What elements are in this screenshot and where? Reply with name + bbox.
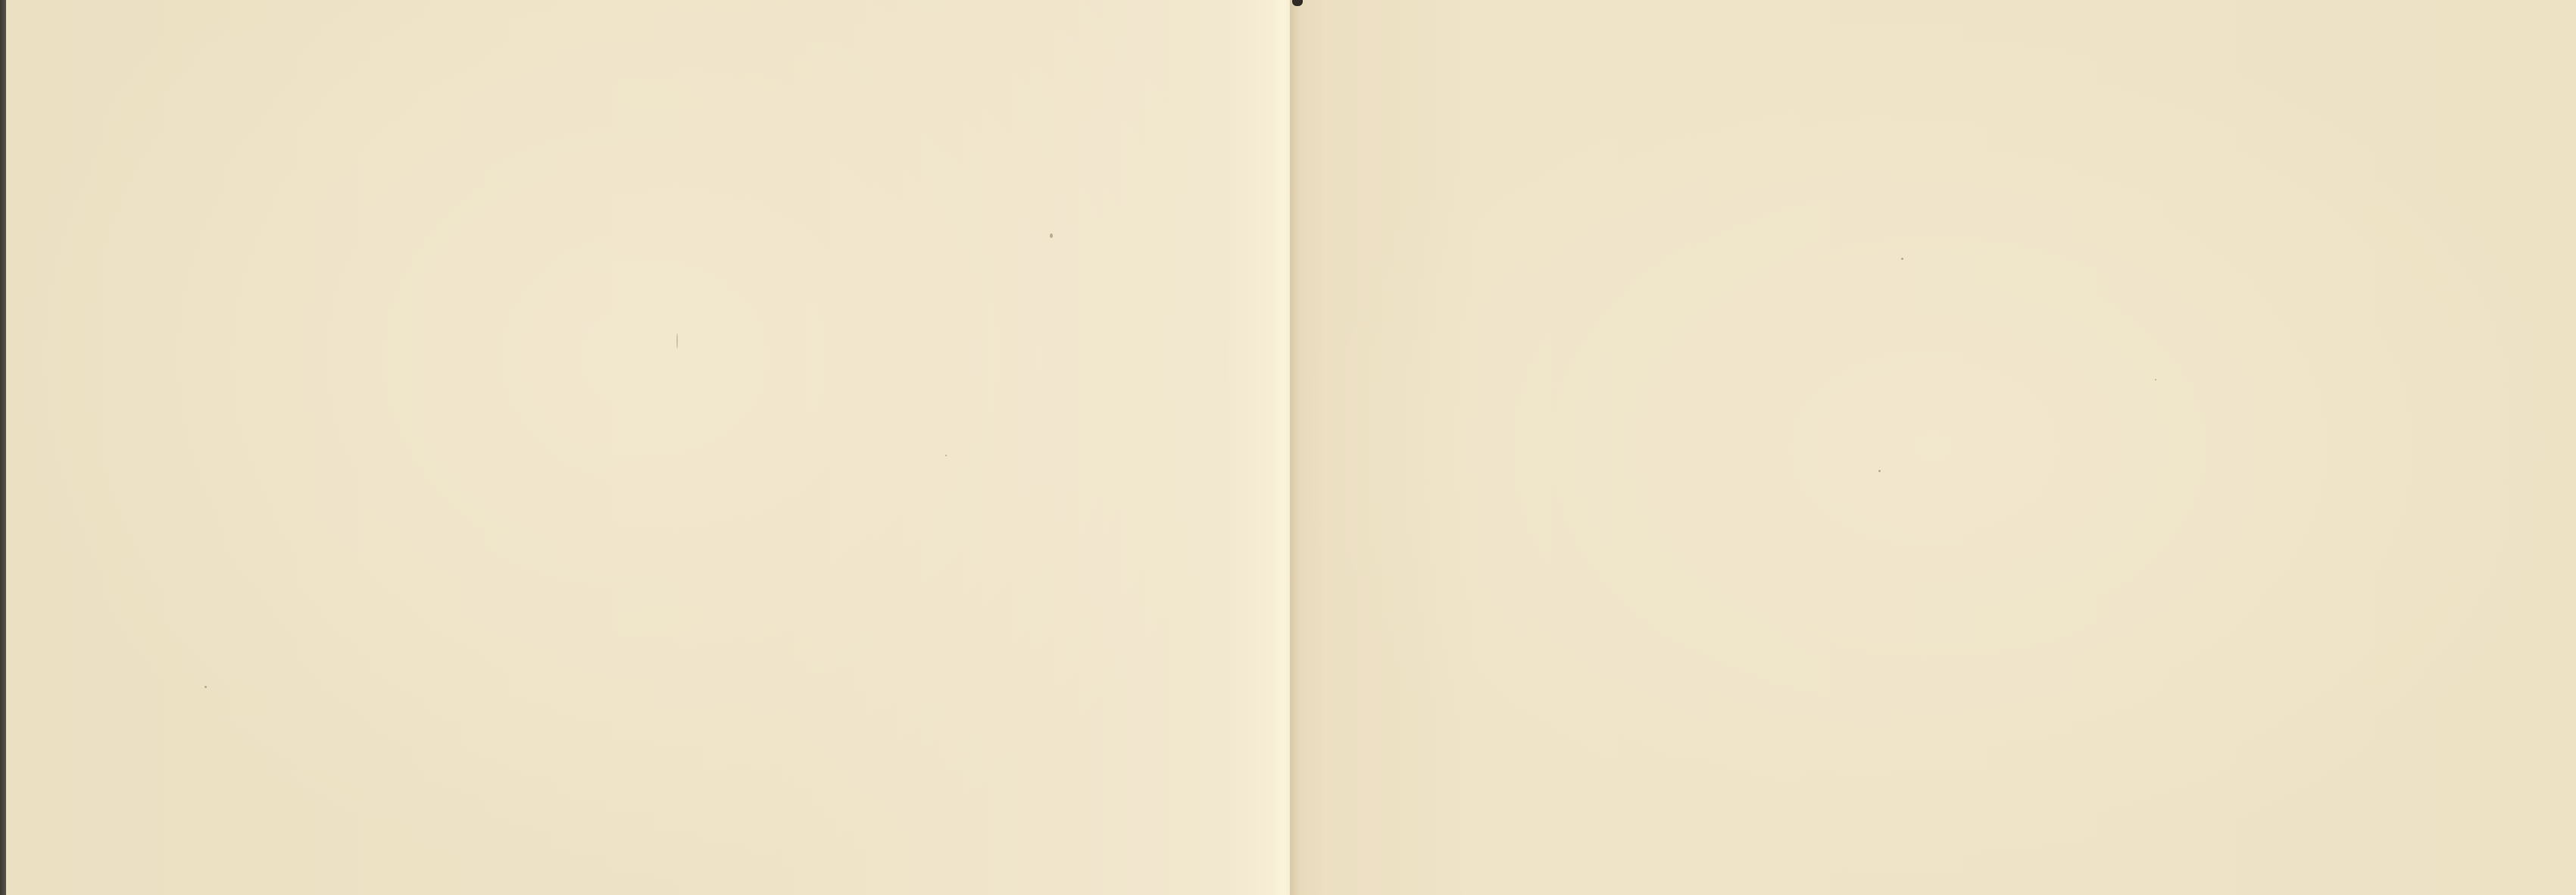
paper-fiber bbox=[676, 333, 678, 349]
gutter-fold bbox=[1272, 0, 1291, 895]
paper-speck bbox=[1878, 470, 1881, 472]
left-page bbox=[6, 0, 1288, 895]
paper-speck bbox=[1901, 258, 1903, 260]
cover-edge bbox=[0, 0, 6, 895]
paper-speck bbox=[1050, 233, 1053, 238]
right-page bbox=[1288, 0, 2576, 895]
booklet-spread bbox=[0, 0, 2576, 895]
gutter-shadow bbox=[1290, 0, 1300, 895]
paper-speck bbox=[945, 455, 947, 456]
paper-speck bbox=[2155, 379, 2156, 380]
paper-speck bbox=[205, 686, 207, 688]
